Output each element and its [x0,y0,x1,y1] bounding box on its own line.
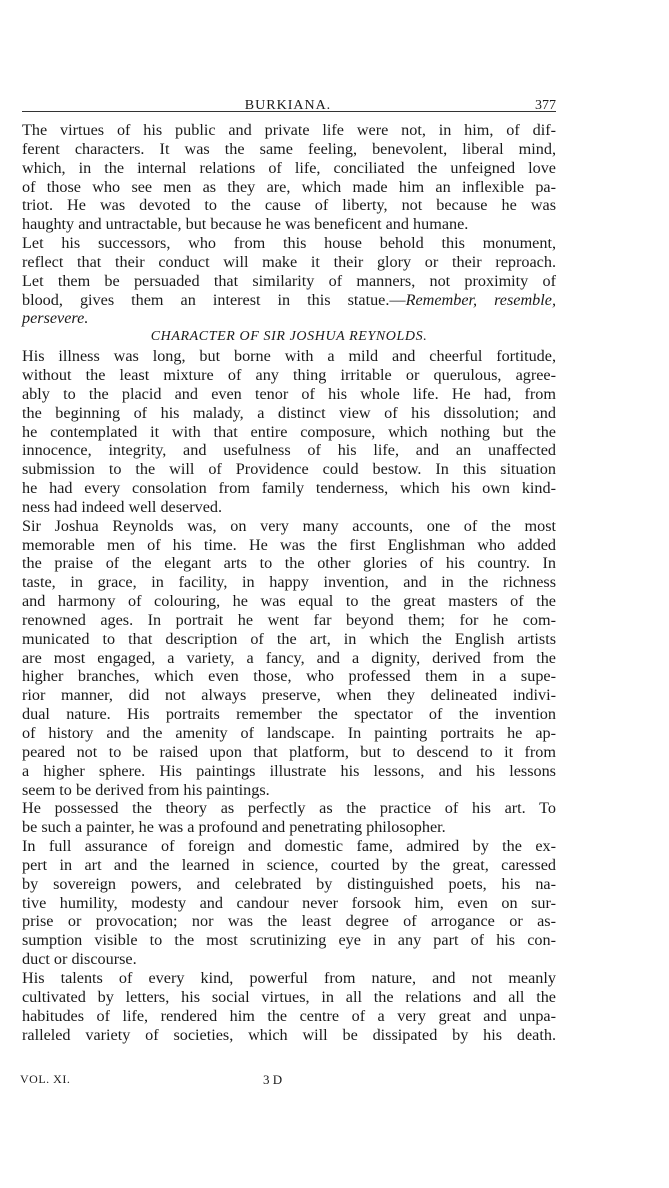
paragraph: His illness was long, but borne with a m… [8,347,556,517]
page-body: The virtues of his public and private li… [8,121,556,1044]
text-line: Sir Joshua Reynolds was, on very many ac… [8,517,556,536]
text-line: rior manner, did not always preserve, wh… [8,686,556,705]
text-segment: blood, gives them an interest in this st… [22,291,406,309]
text-line: without the least mixture of any thing i… [8,366,556,385]
paragraph: His talents of every kind, powerful from… [8,969,556,1044]
text-line: prise or provocation; nor was the least … [8,912,556,931]
signature-mark: 3 D [263,1072,282,1088]
text-line: ably to the placid and even tenor of his… [8,385,556,404]
text-line: reflect that their conduct will make it … [8,253,556,272]
text-line: His talents of every kind, powerful from… [8,969,556,988]
text-line: Let them be persuaded that similarity of… [8,272,556,291]
paragraph: In full assurance of foreign and domesti… [8,837,556,969]
text-line: by sovereign powers, and celebrated by d… [8,875,556,894]
text-line: a higher sphere. His paintings illustrat… [8,762,556,781]
text-line: and harmony of colouring, he was equal t… [8,592,556,611]
text-line: triot. He was devoted to the cause of li… [8,196,556,215]
text-line: duct or discourse. [8,950,556,969]
text-line: pert in art and the learned in science, … [8,856,556,875]
paragraph: Let his successors, who from this house … [8,234,556,328]
section-heading: CHARACTER OF SIR JOSHUA REYNOLDS. [8,328,556,347]
text-line: he had every consolation from family ten… [8,479,556,498]
page-footer: VOL. XI. 3 D [20,1072,560,1090]
text-line: which, in the internal relations of life… [8,159,556,178]
italic-motto: Remember, resemble, [406,291,556,309]
text-line: ferent characters. It was the same feeli… [8,140,556,159]
header-rule [22,111,556,112]
text-line: the beginning of his malady, a distinct … [8,404,556,423]
text-line: blood, gives them an interest in this st… [8,291,556,310]
text-line: peared not to be raised upon that platfo… [8,743,556,762]
text-line: His illness was long, but borne with a m… [8,347,556,366]
text-line: habitudes of life, rendered him the cent… [8,1007,556,1026]
text-line: memorable men of his time. He was the fi… [8,536,556,555]
text-line: haughty and untractable, but because he … [8,215,556,234]
text-line: the praise of the elegant arts to the ot… [8,554,556,573]
text-line: ness had indeed well deserved. [8,498,556,517]
text-line: The virtues of his public and private li… [8,121,556,140]
text-line: seem to be derived from his paintings. [8,781,556,800]
text-line: of history and the amenity of landscape.… [8,724,556,743]
text-line: He possessed the theory as perfectly as … [8,799,556,818]
text-line: In full assurance of foreign and domesti… [8,837,556,856]
text-line: dual nature. His portraits remember the … [8,705,556,724]
text-line: tive humility, modesty and candour never… [8,894,556,913]
text-line: taste, in grace, in facility, in happy i… [8,573,556,592]
text-line: he contemplated it with that entire comp… [8,423,556,442]
text-line: municated to that description of the art… [8,630,556,649]
text-line: sumption visible to the most scrutinizin… [8,931,556,950]
paragraph: He possessed the theory as perfectly as … [8,799,556,837]
text-line: innocence, integrity, and usefulness of … [8,441,556,460]
paragraph: Sir Joshua Reynolds was, on very many ac… [8,517,556,800]
text-line: be such a painter, he was a profound and… [8,818,556,837]
text-line: Let his successors, who from this house … [8,234,556,253]
text-line: cultivated by letters, his social virtue… [8,988,556,1007]
paragraph: The virtues of his public and private li… [8,121,556,234]
text-line: are most engaged, a variety, a fancy, an… [8,649,556,668]
text-line: higher branches, which even those, who p… [8,667,556,686]
text-line: ralleled variety of societies, which wil… [8,1026,556,1045]
text-line: of those who see men as they are, which … [8,178,556,197]
text-line: renowned ages. In portrait he went far b… [8,611,556,630]
text-line: submission to the will of Providence cou… [8,460,556,479]
italic-motto-end: persevere. [8,309,556,328]
volume-label: VOL. XI. [20,1072,70,1087]
